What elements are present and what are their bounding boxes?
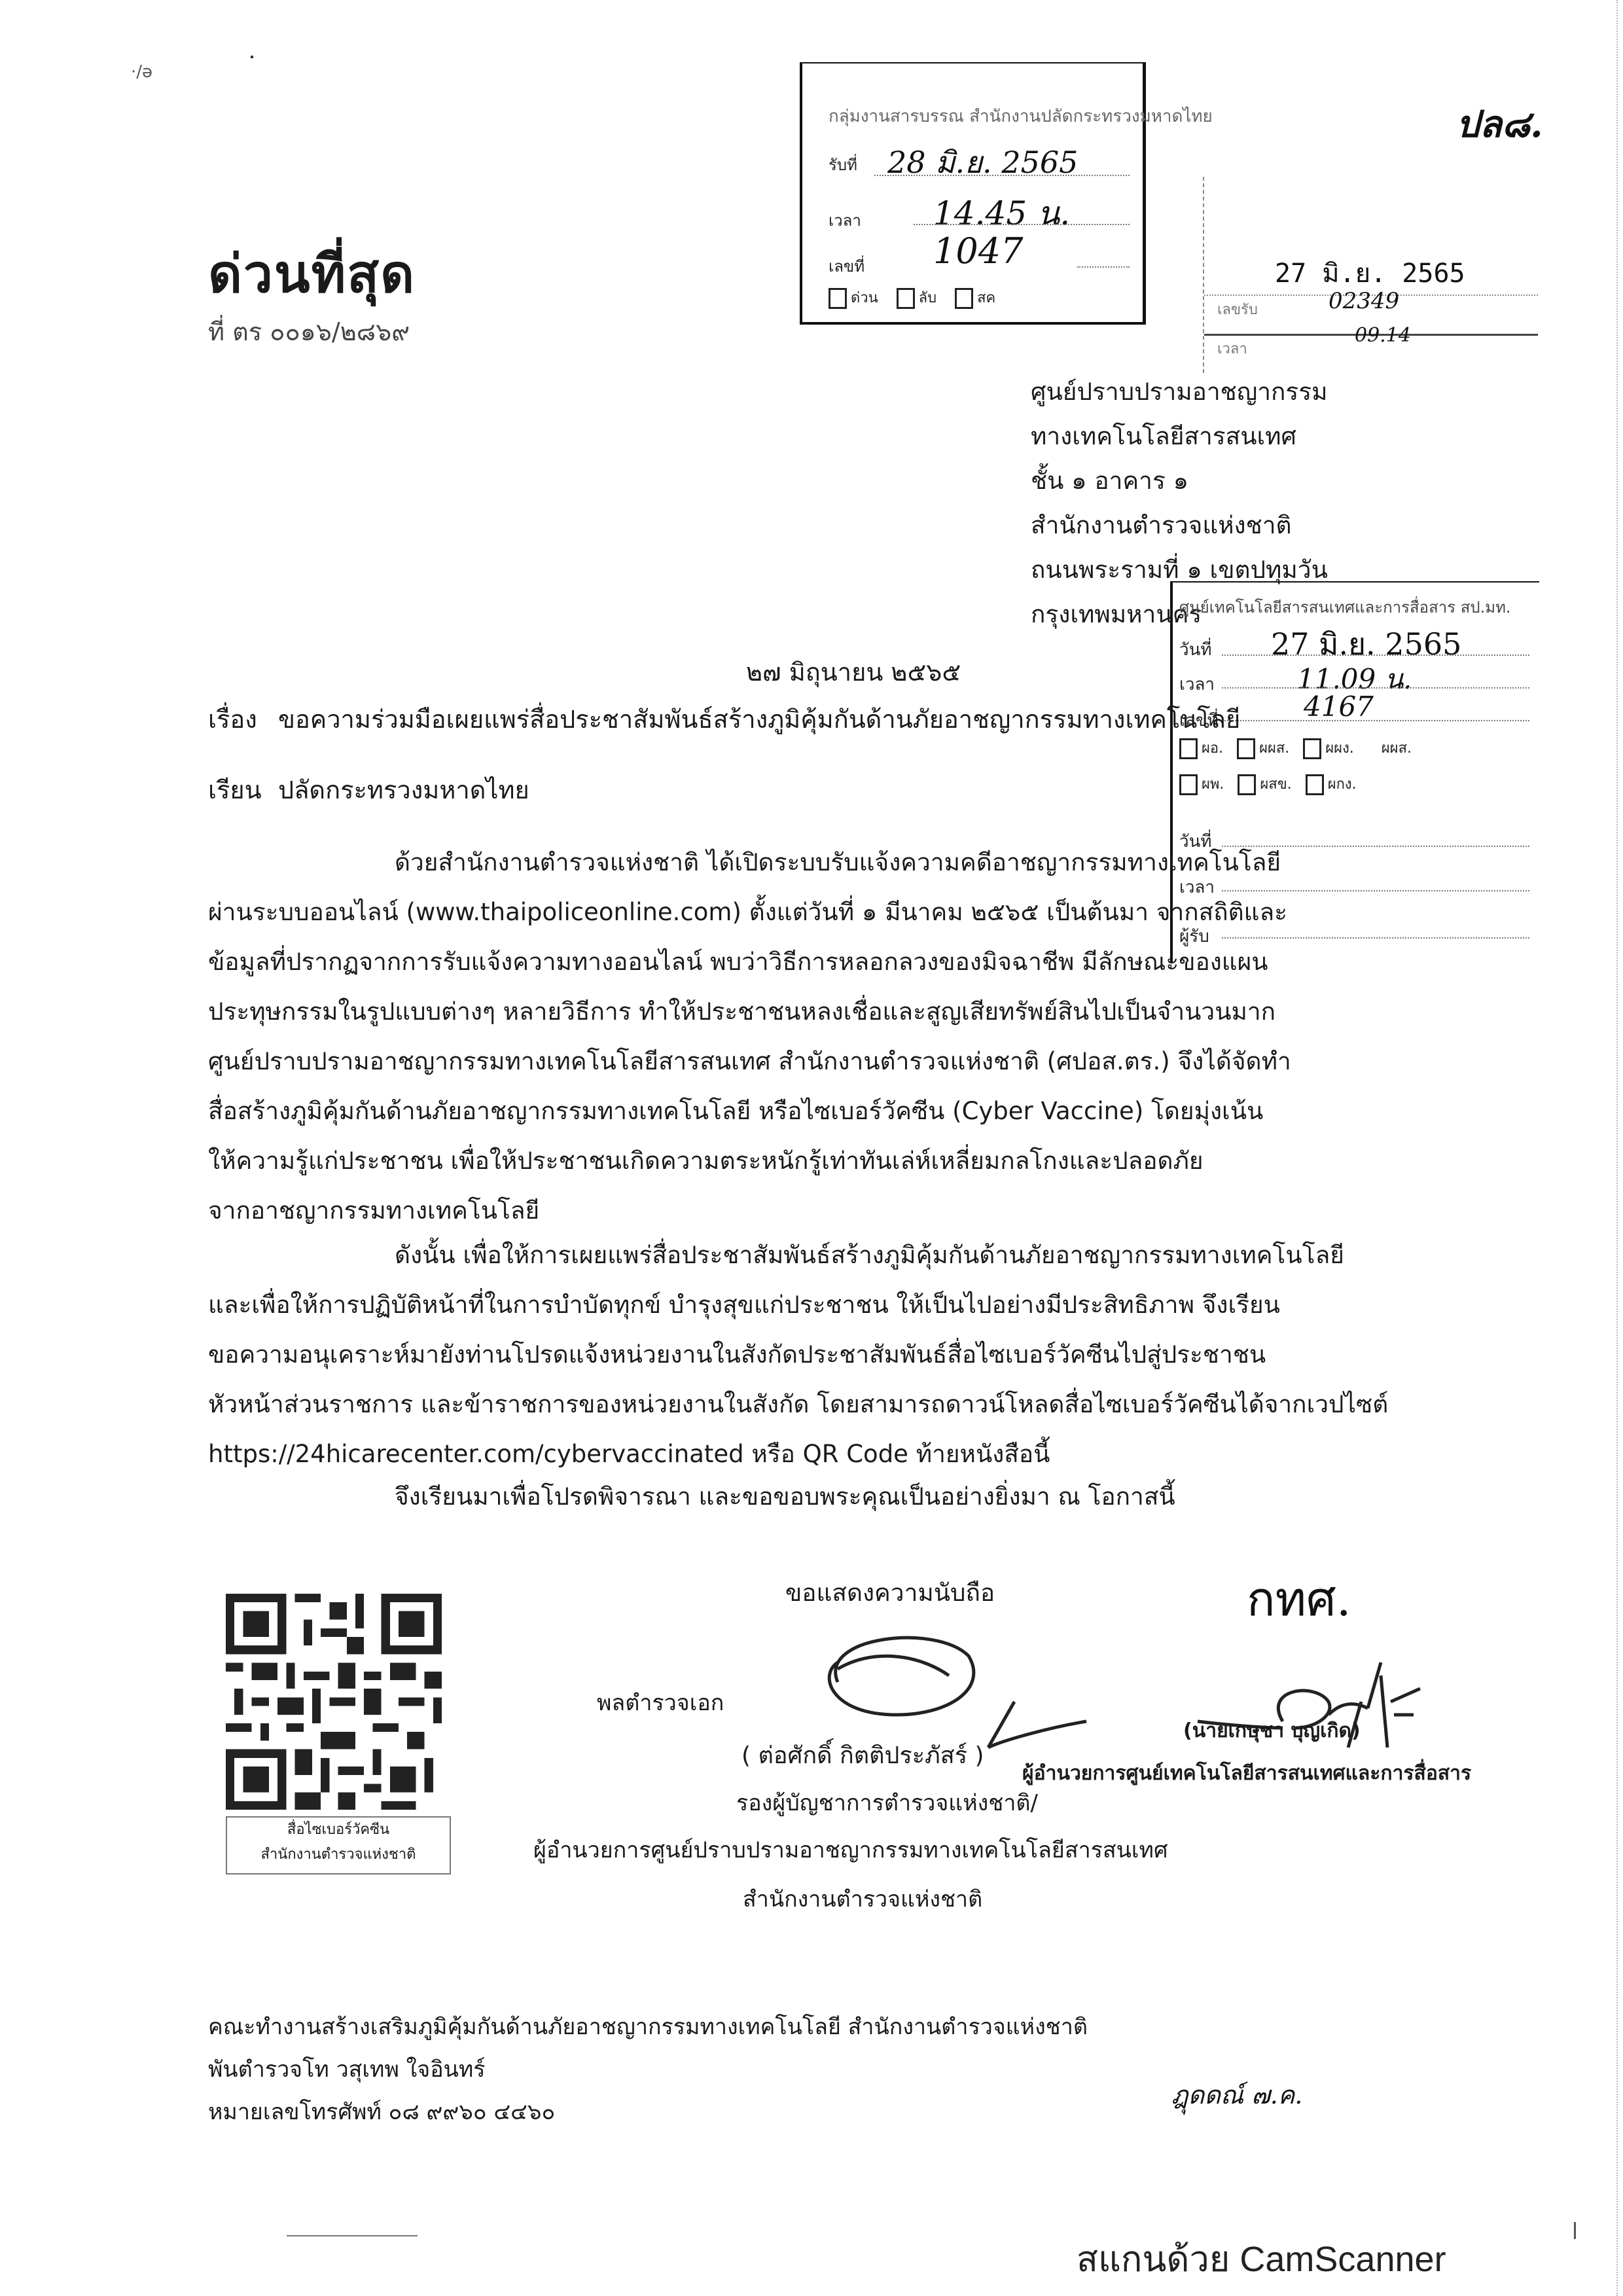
footer-contact: คณะทำงานสร้างเสริมภูมิคุ้มกันด้านภัยอาชญ… bbox=[208, 2006, 1088, 2134]
page-edge-mark bbox=[1574, 2222, 1576, 2239]
right-stamp-receive-number: 02349 bbox=[1329, 288, 1399, 314]
ict-stamp-header: ศูนย์เทคโนโลยีสารสนเทศและการสื่อสาร สป.ม… bbox=[1179, 594, 1511, 620]
signer-name: ( ต่อศักดิ์ กิตติประภัสร์ ) bbox=[741, 1744, 984, 1768]
signer-position-3: สำนักงานตำรวจแห่งชาติ bbox=[743, 1888, 982, 1910]
second-signer-name: (นายเกษุชา บุญเกิด) bbox=[1183, 1721, 1361, 1741]
initials-bottom: ฎุดดณ์ ๗.ค. bbox=[1171, 2075, 1302, 2115]
subject-label: เรื่อง bbox=[208, 707, 257, 732]
document-number: ที่ ตร ๐๐๑๖/๒๘๖๙ bbox=[208, 319, 410, 344]
stamp-number-label: เลขที่ bbox=[829, 253, 865, 279]
checkbox-option-7[interactable] bbox=[1306, 774, 1324, 795]
page-edge bbox=[1616, 0, 1618, 2296]
checkbox-option-3[interactable] bbox=[1303, 738, 1321, 759]
bottom-rule bbox=[287, 2235, 418, 2236]
closing-request: จึงเรียนมาเพื่อโปรดพิจารณา และขอขอบพระคุ… bbox=[395, 1484, 1175, 1509]
signer-rank: พลตำรวจเอก bbox=[597, 1692, 724, 1714]
second-signer-position: ผู้อำนวยการศูนย์เทคโนโลยีสารสนเทศและการส… bbox=[1022, 1764, 1471, 1784]
qr-caption: สื่อไซเบอร์วัคซีน สำนักงานตำรวจแห่งชาติ bbox=[226, 1816, 451, 1874]
letter-date: ๒๗ มิถุนายน ๒๕๖๕ bbox=[746, 660, 961, 685]
footer-contact-person: พันตำรวจโท วสุเทพ ใจอินทร์ bbox=[208, 2049, 1088, 2091]
qr-code[interactable] bbox=[226, 1594, 442, 1810]
checkbox-option-5[interactable] bbox=[1179, 774, 1198, 795]
footer-working-group: คณะทำงานสร้างเสริมภูมิคุ้มกันด้านภัยอาชญ… bbox=[208, 2006, 1088, 2049]
body-paragraph-1: ด้วยสำนักงานตำรวจแห่งชาติ ได้เปิดระบบรับ… bbox=[208, 838, 1406, 1236]
recipient-label: เรียน bbox=[208, 778, 262, 802]
closing-salutation: ขอแสดงความนับถือ bbox=[785, 1581, 995, 1605]
download-link[interactable]: https://24hicarecenter.com/cybervaccinat… bbox=[208, 1429, 1406, 1479]
stamp-checkboxes: ด่วน ลับ สค bbox=[829, 286, 995, 309]
checkbox-option-6[interactable] bbox=[1238, 774, 1256, 795]
body-paragraph-2: ดังนั้น เพื่อให้การเผยแพร่สื่อประชาสัมพั… bbox=[208, 1230, 1406, 1479]
receiving-stamp: กลุ่มงานสารบรรณ สำนักงานปลัดกระทรวงมหาดไ… bbox=[800, 62, 1146, 325]
urgency-heading: ด่วนที่สุด bbox=[208, 232, 416, 315]
signer-position-2: ผู้อำนวยการศูนย์ปราบปรามอาชญากรรมทางเทคโ… bbox=[533, 1839, 1168, 1861]
camscanner-watermark: สแกนด้วย CamScanner bbox=[1077, 2231, 1446, 2287]
stamp-org: กลุ่มงานสารบรรณ สำนักงานปลัดกระทรวงมหาดไ… bbox=[829, 103, 1213, 130]
signature-strokes bbox=[740, 1617, 1492, 1761]
corner-handwritten-annotation: ปล๘. bbox=[1456, 95, 1543, 153]
right-stamp-time: 09.14 bbox=[1355, 324, 1411, 347]
stamp-date-label: รับที่ bbox=[829, 152, 857, 177]
recipient-text: ปลัดกระทรวงมหาดไทย bbox=[278, 778, 529, 802]
signer-position-1: รองผู้บัญชาการตำรวจแห่งชาติ/ bbox=[736, 1792, 1038, 1814]
checkbox-urgent[interactable] bbox=[829, 288, 847, 309]
checkbox-option-2[interactable] bbox=[1237, 738, 1255, 759]
scan-speck bbox=[251, 56, 253, 58]
checkbox-sk[interactable] bbox=[955, 288, 973, 309]
ict-stamp-number: 4167 bbox=[1304, 691, 1374, 723]
stamp-number: 1047 bbox=[933, 230, 1023, 272]
subject-text: ขอความร่วมมือเผยแพร่สื่อประชาสัมพันธ์สร้… bbox=[278, 707, 1240, 732]
margin-mark: ·/ə bbox=[131, 62, 152, 82]
stamp-date: 28 มิ.ย. 2565 bbox=[887, 139, 1078, 187]
stamp-time-label: เวลา bbox=[829, 207, 861, 233]
footer-phone: หมายเลขโทรศัพท์ ๐๘ ๙๙๖๐ ๔๔๖๐ bbox=[208, 2091, 1088, 2134]
checkbox-secret[interactable] bbox=[897, 288, 915, 309]
checkbox-director[interactable] bbox=[1179, 738, 1198, 759]
